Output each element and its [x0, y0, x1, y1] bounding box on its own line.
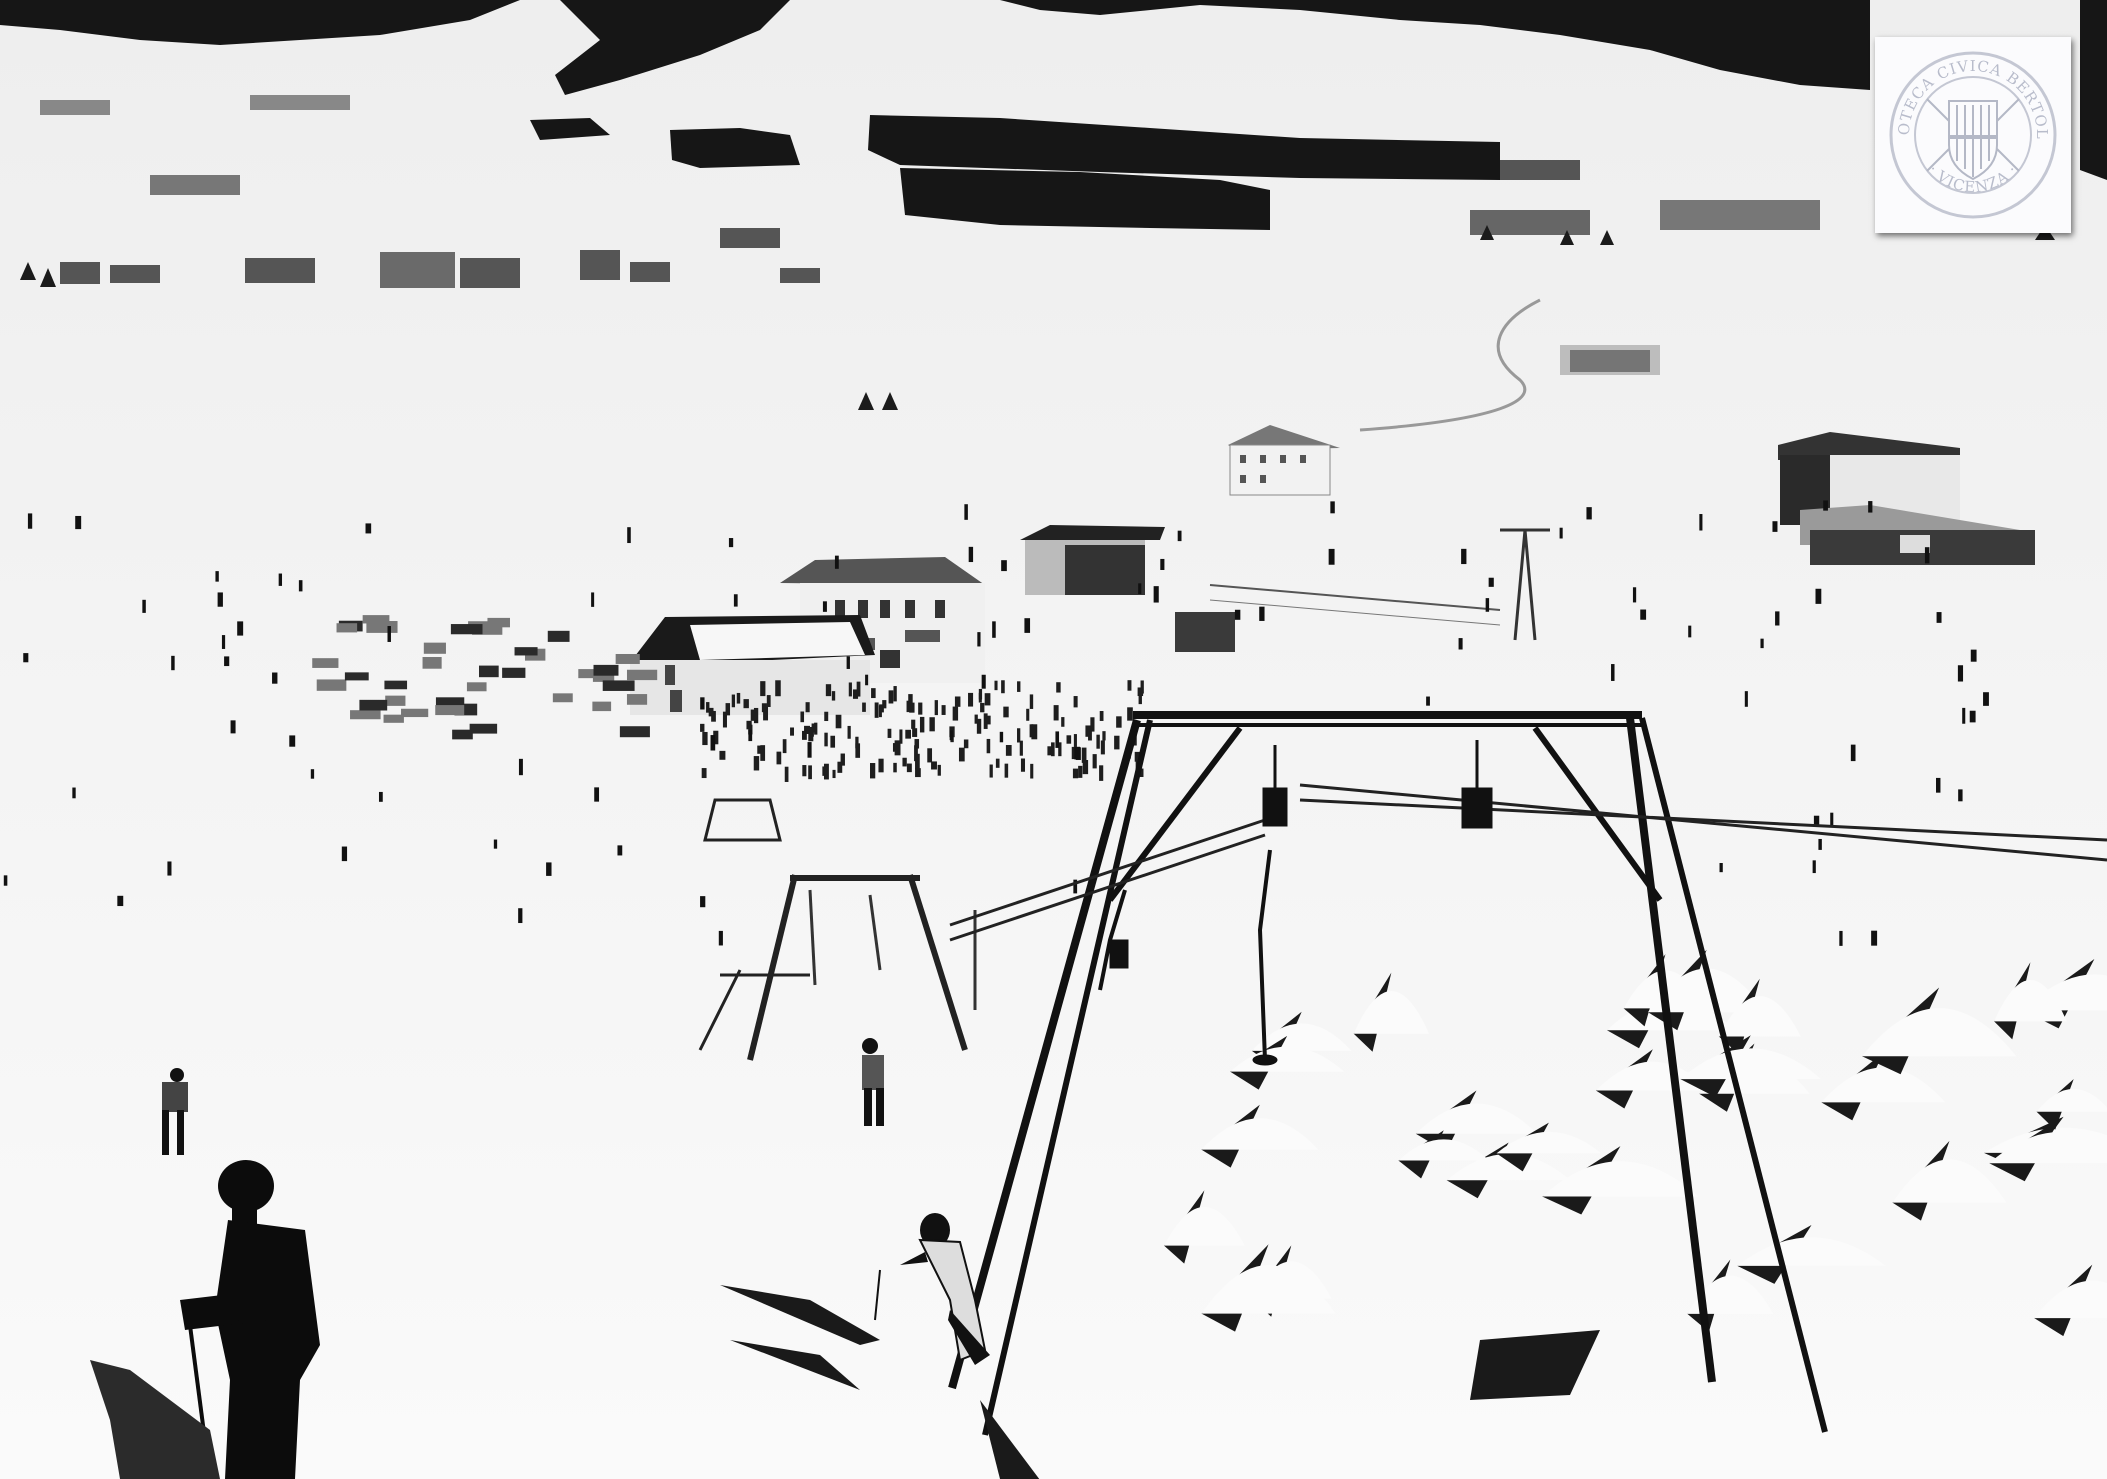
ski-slope-photograph: BIBLIOTECA CIVICA BERTOLIANA · VICENZA · — [0, 0, 2107, 1479]
hotel-distant — [1560, 345, 1660, 375]
library-stamp: BIBLIOTECA CIVICA BERTOLIANA · VICENZA · — [1875, 37, 2071, 233]
photo-scene — [0, 0, 2107, 1479]
kiosk — [1175, 612, 1235, 652]
stamp-top-text: BIBLIOTECA CIVICA BERTOLIANA — [1887, 49, 2051, 140]
lift-station — [1020, 525, 1165, 595]
library-seal: BIBLIOTECA CIVICA BERTOLIANA · VICENZA · — [1887, 49, 2059, 221]
